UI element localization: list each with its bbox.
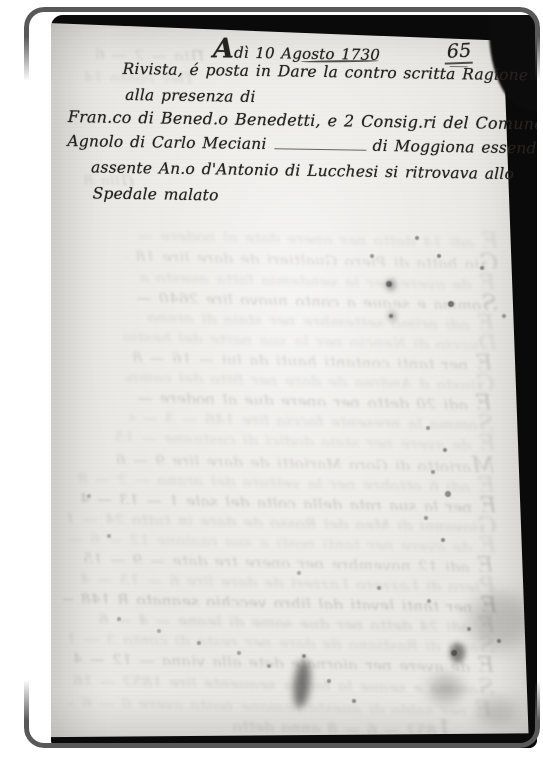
scan-photo: nta — 2 — 6 per conto 14 alla 8 1852 — 6…	[51, 15, 537, 748]
manuscript-line-part: Agnolo di Carlo Meciani	[67, 132, 266, 153]
manuscript-scan-page: nta — 2 — 6 per conto 14 alla 8 1852 — 6…	[0, 0, 543, 760]
manuscript-line-part: di Moggiona essendo	[372, 137, 537, 158]
manuscript-line: Spedale malato	[93, 184, 219, 204]
manuscript-line: assente An.o d'Antonio di Lucchesi si ri…	[91, 158, 514, 183]
handwriting-layer: Adì 10 Agosto 1730 65 Rivista, é posta i…	[51, 15, 537, 748]
scan-frame-top	[24, 7, 540, 84]
manuscript-line: Fran.co di Bened.o Benedetti, e 2 Consig…	[68, 107, 537, 133]
blank-line-flourish	[275, 148, 367, 151]
scan-frame-bottom	[24, 677, 540, 748]
manuscript-line: alla presenza di	[125, 86, 256, 106]
manuscript-line: Agnolo di Carlo Meciani di Moggiona esse…	[67, 132, 537, 158]
